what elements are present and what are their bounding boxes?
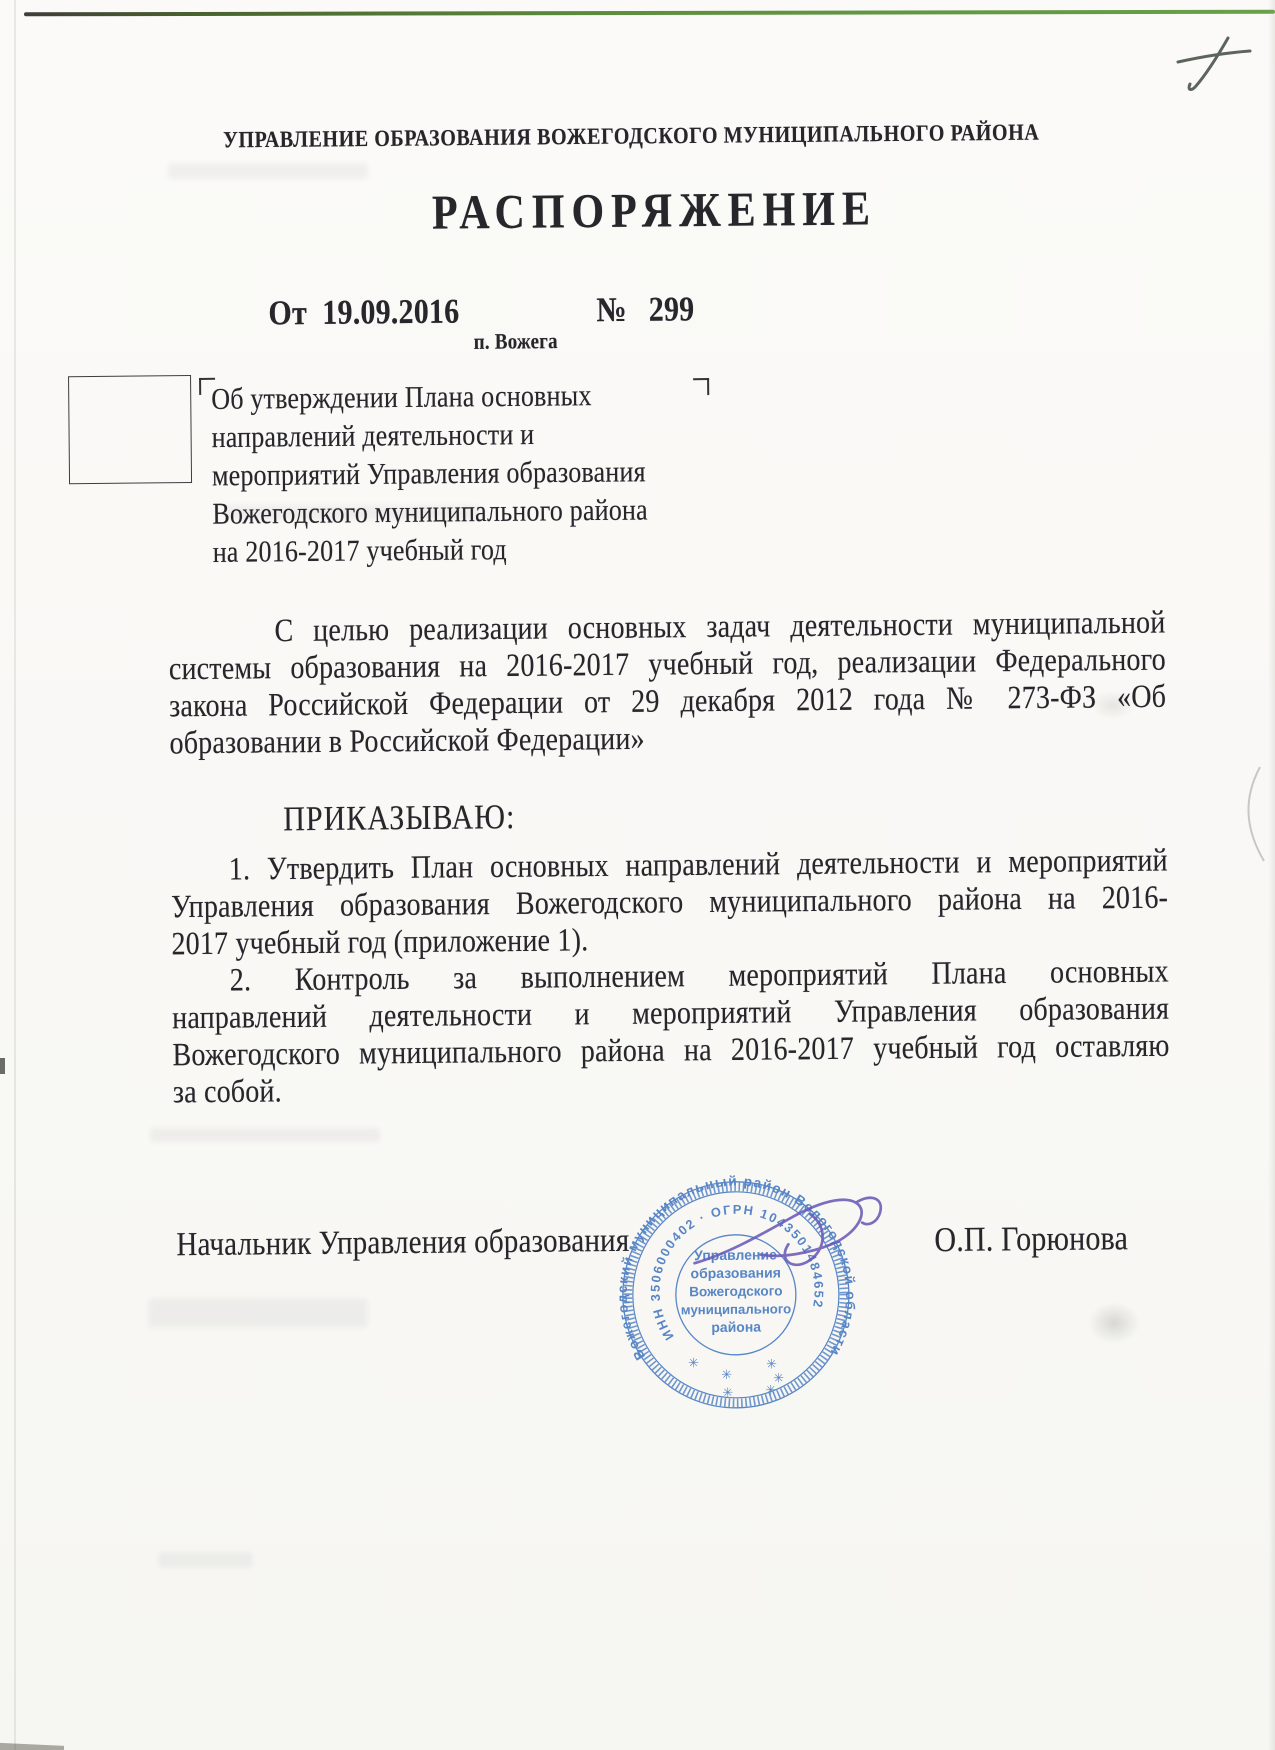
left-annotation-box [68,375,192,484]
order-item-1: 1. Утвердить План основных направлений д… [171,843,1169,964]
svg-text:района: района [711,1319,761,1335]
subject-block: Об утверждении Плана основных направлени… [211,375,687,571]
subject-line: мероприятий Управления образования [212,452,686,495]
svg-text:✳: ✳ [765,1382,776,1397]
number-sign: № [596,291,627,330]
document-date: От 19.09.2016 [268,292,459,333]
subject-line: Об утверждении Плана основных [211,375,685,418]
document-page: УПРАВЛЕНИЕ ОБРАЗОВАНИЯ ВОЖЕГОДСКОГО МУНИ… [0,0,1275,1750]
org-header: УПРАВЛЕНИЕ ОБРАЗОВАНИЯ ВОЖЕГОДСКОГО МУНИ… [54,118,1209,156]
preamble-paragraph: С целью реализации основных задач деятел… [168,605,1166,763]
date-value: 19.09.2016 [322,292,459,332]
subject-line: Вожегодского муниципального района [212,490,686,533]
order-item-2: 2. Контроль за выполнением мероприятий П… [172,954,1170,1112]
corner-bracket-right [693,378,709,395]
decree-word: ПРИКАЗЫВАЮ: [283,798,515,840]
document-number: №299 [596,290,694,330]
subject-line: на 2016-2017 учебный год [213,528,687,571]
svg-text:муниципального: муниципального [681,1301,792,1317]
date-label: От [268,294,307,333]
svg-text:✳: ✳ [721,1367,732,1382]
number-value: 299 [649,290,695,329]
handwritten-signature [652,1175,943,1298]
document-title: РАСПОРЯЖЕНИЕ [94,178,1214,244]
svg-text:✳: ✳ [766,1356,777,1371]
signature-name: О.П. Горюнова [934,1219,1128,1260]
signature-position: Начальник Управления образования [176,1222,629,1265]
svg-text:✳: ✳ [688,1355,699,1370]
document-place: п. Вожега [474,330,558,356]
subject-line: направлений деятельности и [211,414,685,457]
svg-text:✳: ✳ [722,1385,733,1400]
